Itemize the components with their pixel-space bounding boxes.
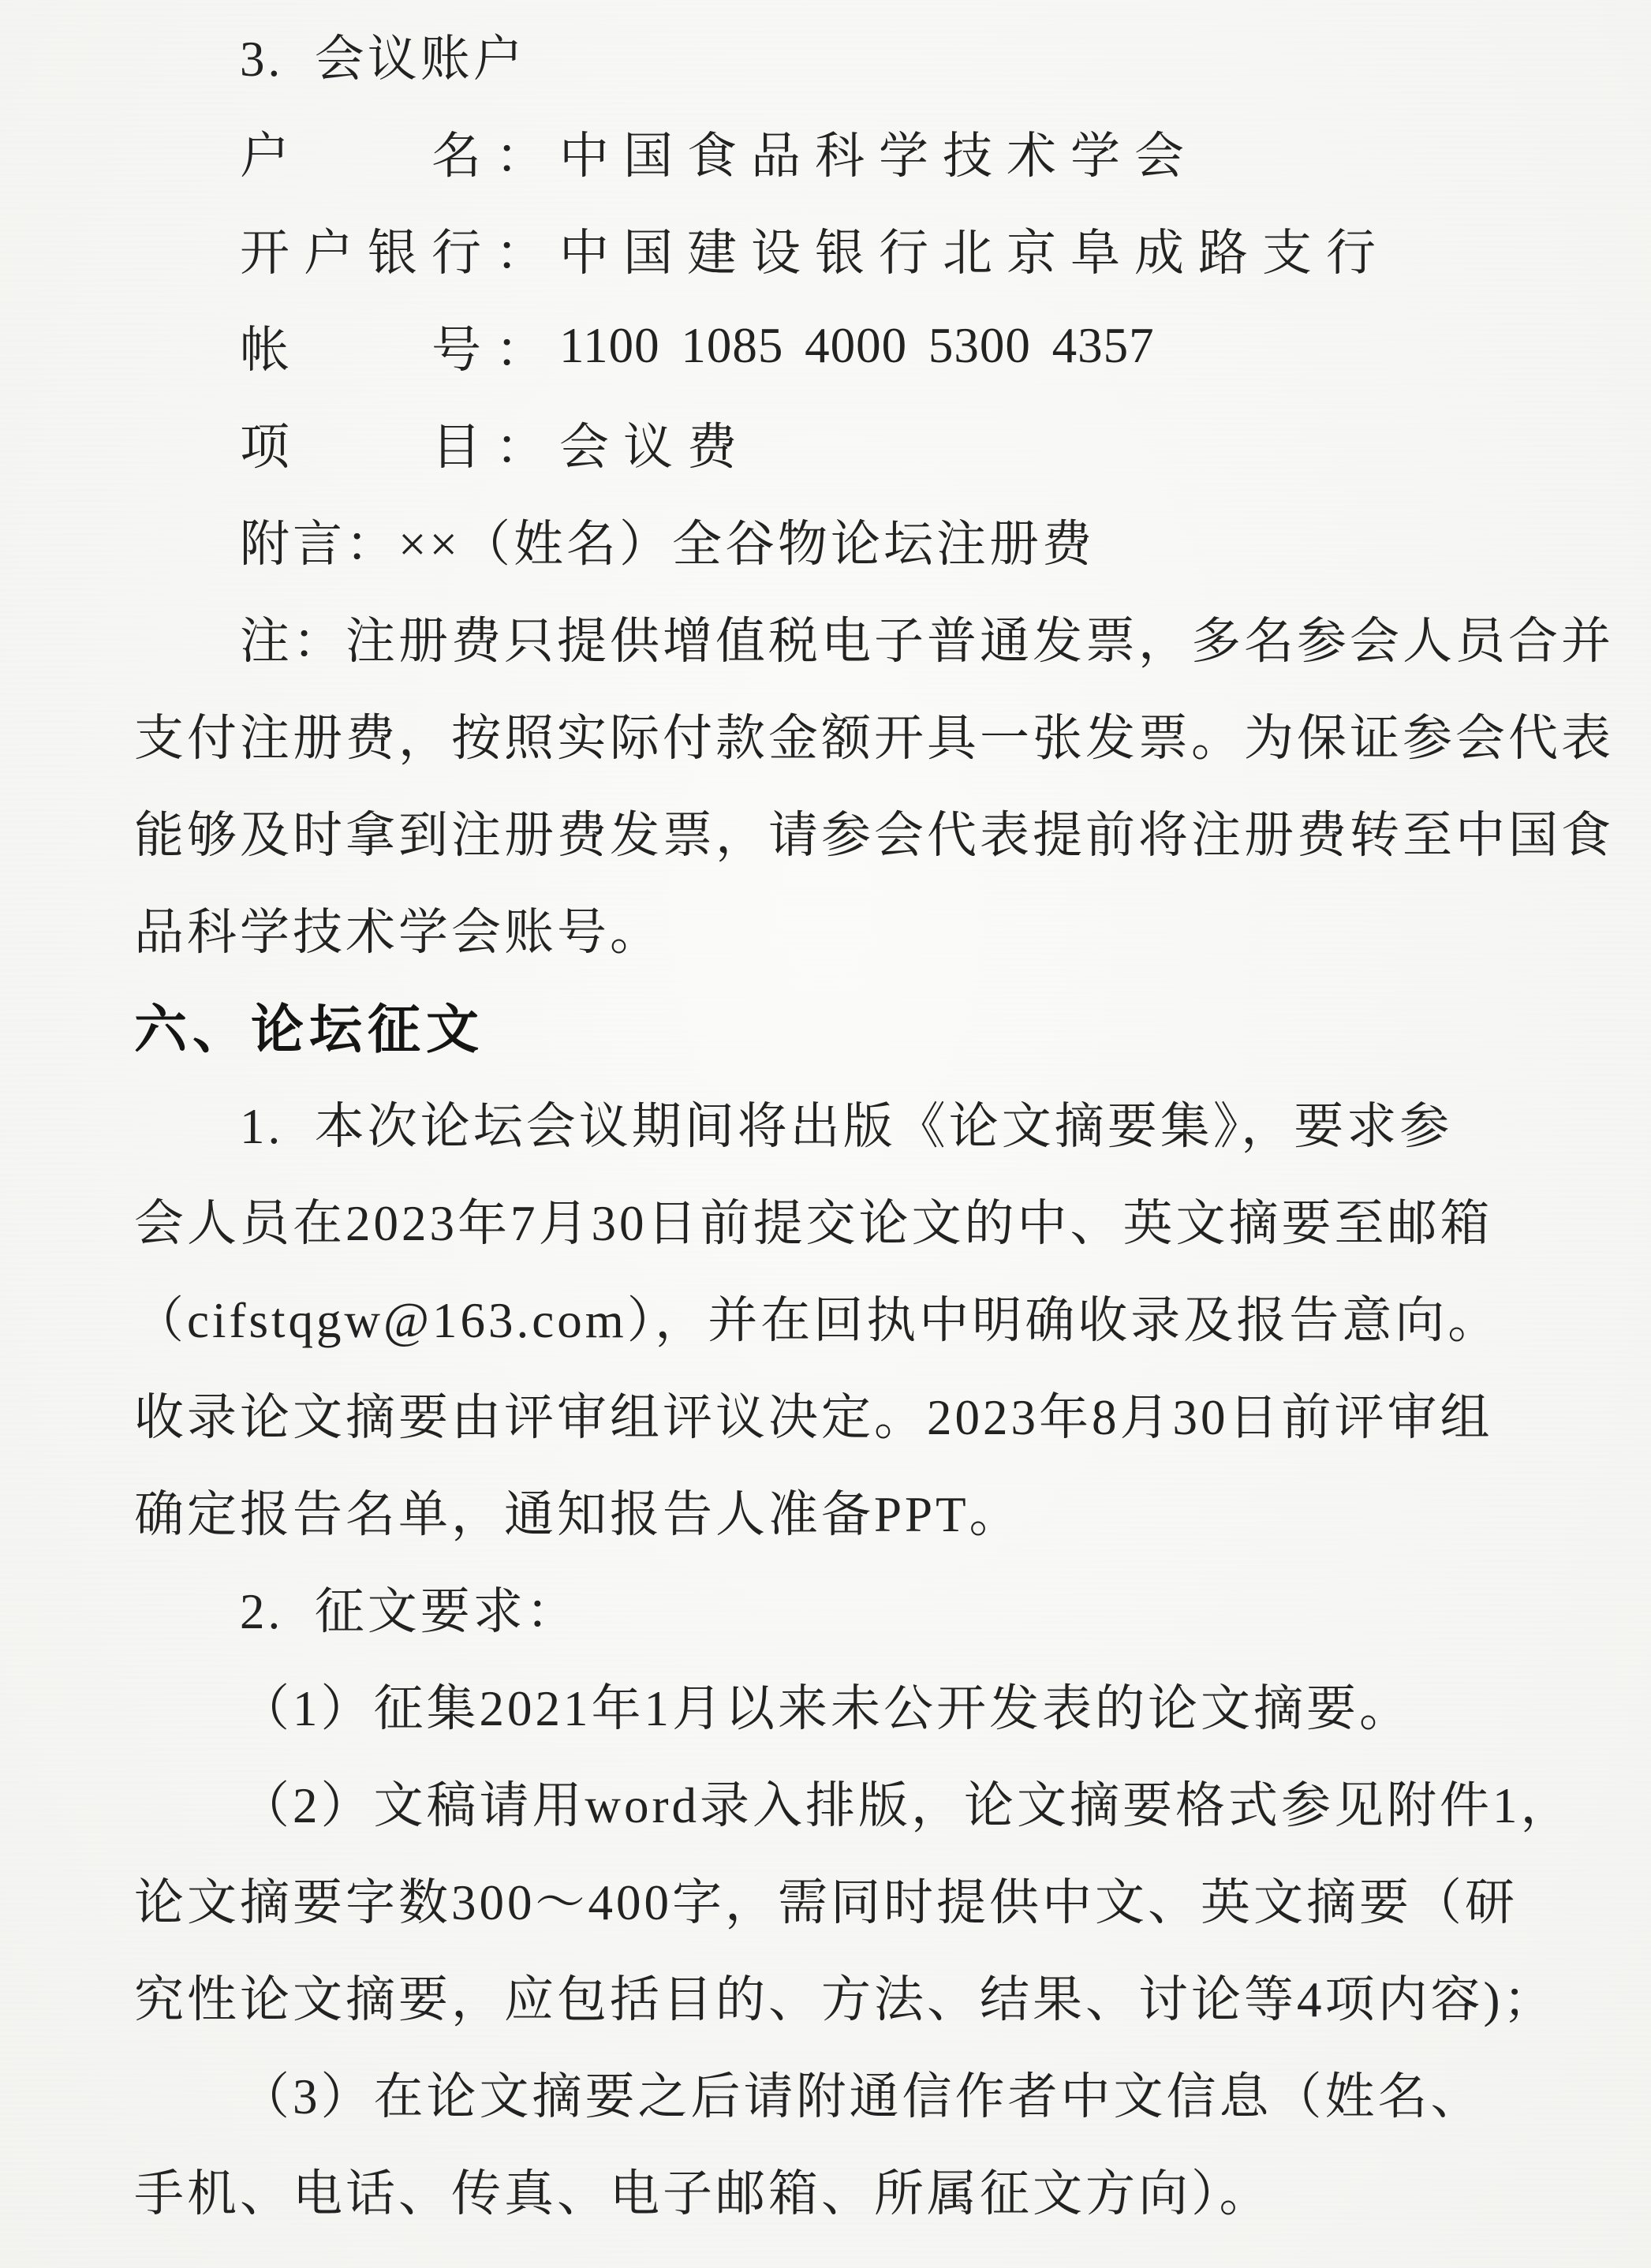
- requirement-3-line-2: 手机、电话、传真、电子邮箱、所属征文方向）。: [134, 2141, 1617, 2238]
- account-bank-line: 开户银行：中国建设银行北京阜成路支行: [134, 200, 1617, 297]
- section6-paragraph1-line-2: 会人员在2023年7月30日前提交论文的中、英文摘要至邮箱: [134, 1171, 1617, 1268]
- note-line-1: 注：注册费只提供增值税电子普通发票，多名参会人员合并: [134, 588, 1617, 686]
- section6-heading: 六、论坛征文: [134, 977, 1617, 1074]
- account-item-line: 项 目：会议费: [134, 394, 1617, 491]
- section6-paragraph2-title: 2. 征文要求：: [134, 1559, 1617, 1656]
- account-number-label: 帐 号：: [240, 310, 559, 382]
- requirement-2-line-2: 论文摘要字数300～400字，需同时提供中文、英文摘要（研: [134, 1850, 1617, 1947]
- account-item-value: 会议费: [559, 407, 751, 479]
- account-name-label: 户 名：: [240, 116, 559, 188]
- note-line-2: 支付注册费，按照实际付款金额开具一张发票。为保证参会代表: [134, 686, 1617, 783]
- section6-paragraph1-line-3: （cifstqgw@163.com），并在回执中明确收录及报告意向。: [134, 1268, 1617, 1365]
- account-bank-value: 中国建设银行北京阜成路支行: [559, 213, 1390, 285]
- account-bank-label: 开户银行：: [240, 213, 559, 285]
- account-item-label: 项 目：: [240, 407, 559, 479]
- note-line-3: 能够及时拿到注册费发票，请参会代表提前将注册费转至中国食: [134, 783, 1617, 880]
- account-section-title: 3. 会议账户: [134, 6, 1617, 103]
- requirement-1-line: （1）征集2021年1月以来未公开发表的论文摘要。: [134, 1656, 1617, 1753]
- section6-paragraph1-line-1: 1. 本次论坛会议期间将出版《论文摘要集》，要求参: [134, 1074, 1617, 1171]
- account-number-line: 帐 号：1100 1085 4000 5300 4357: [134, 297, 1617, 394]
- account-memo-line: 附言：××（姓名）全谷物论坛注册费: [134, 491, 1617, 588]
- account-name-value: 中国食品科学技术学会: [559, 116, 1198, 188]
- scanned-document-page: 3. 会议账户 户 名：中国食品科学技术学会 开户银行：中国建设银行北京阜成路支…: [0, 0, 1651, 2268]
- requirement-3-line-1: （3）在论文摘要之后请附通信作者中文信息（姓名、: [134, 2044, 1617, 2141]
- account-number-value: 1100 1085 4000 5300 4357: [559, 317, 1155, 375]
- account-name-line: 户 名：中国食品科学技术学会: [134, 103, 1617, 200]
- note-line-4: 品科学技术学会账号。: [134, 880, 1617, 977]
- section6-paragraph1-line-5: 确定报告名单，通知报告人准备PPT。: [134, 1462, 1617, 1559]
- requirement-2-line-3: 究性论文摘要，应包括目的、方法、结果、讨论等4项内容)；: [134, 1947, 1617, 2044]
- requirement-2-line-1: （2）文稿请用word录入排版，论文摘要格式参见附件1，: [134, 1753, 1617, 1850]
- document-text-block: 3. 会议账户 户 名：中国食品科学技术学会 开户银行：中国建设银行北京阜成路支…: [134, 6, 1617, 2238]
- section6-paragraph1-line-4: 收录论文摘要由评审组评议决定。2023年8月30日前评审组: [134, 1365, 1617, 1462]
